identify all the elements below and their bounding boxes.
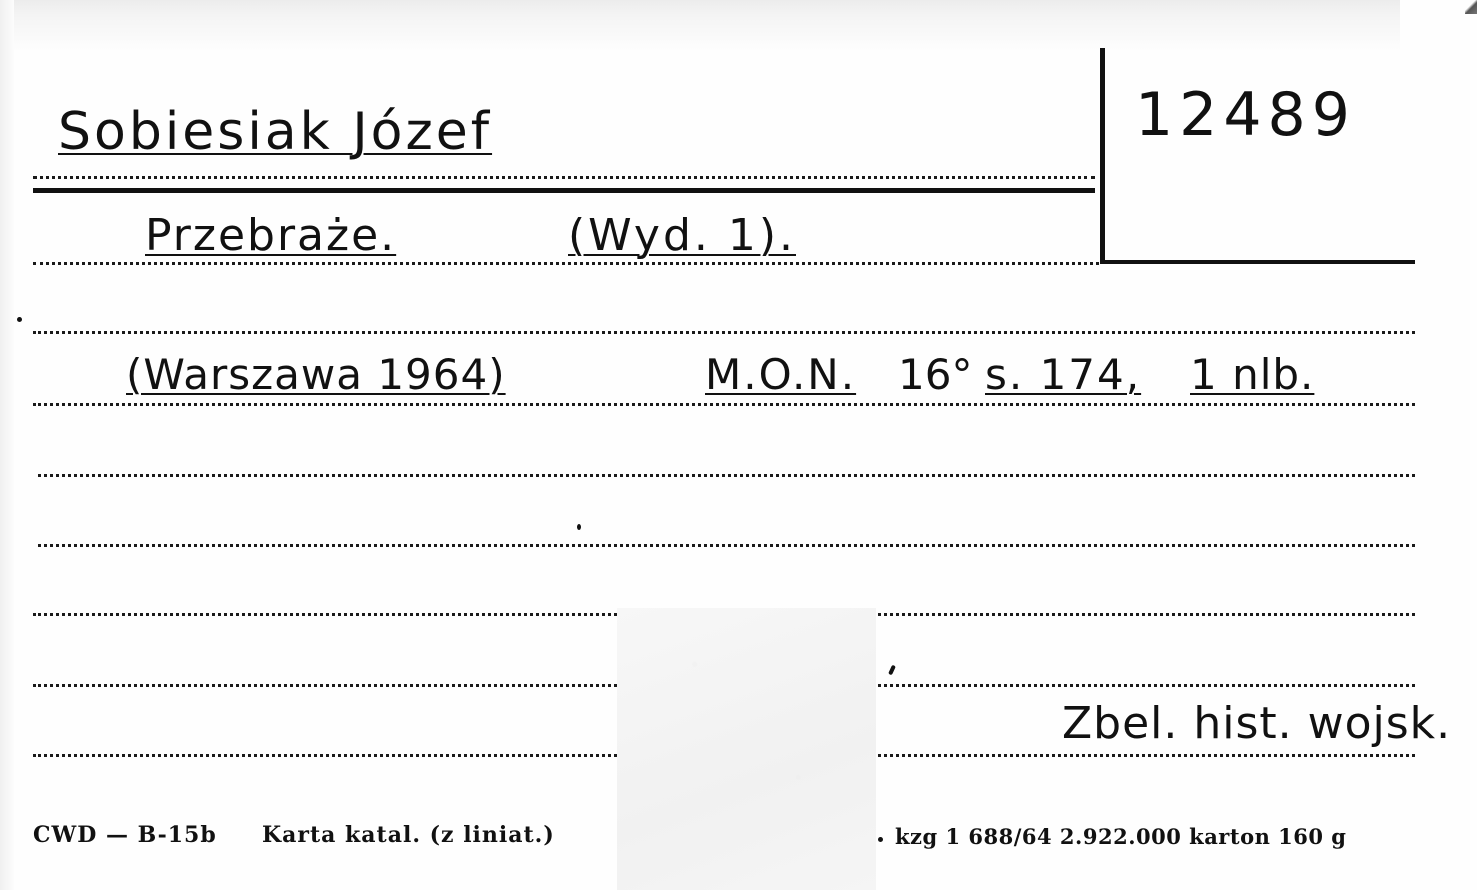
form-code: CWD — B-15b (33, 822, 217, 848)
scan-speck (888, 665, 896, 676)
imprint-place-year: (Warszawa 1964) (126, 350, 506, 399)
rule-line-6 (38, 544, 1415, 547)
rule-line-imprint (33, 403, 1415, 406)
author-name: Sobiesiak Józef (58, 102, 492, 162)
rule-line-5 (38, 474, 1415, 477)
imprint-pages: s. 174, (985, 350, 1141, 399)
print-info: kzg 1 688/64 2.922.000 karton 160 g (895, 824, 1347, 849)
title: Przebraże. (145, 210, 396, 261)
imprint-unnumbered-leaves: 1 nlb. (1190, 350, 1314, 399)
scan-speck (577, 524, 581, 530)
scan-speck (17, 317, 22, 322)
rule-callnumber-separator (1100, 260, 1415, 264)
footer-dot (878, 837, 883, 842)
scan-edge (0, 0, 14, 890)
redacted-patch (617, 608, 876, 890)
scan-shadow (0, 0, 1400, 50)
call-number: 12489 (1135, 80, 1356, 150)
rule-line-3 (33, 331, 1415, 334)
collection-note: Zbel. hist. wojsk. (1062, 698, 1451, 749)
catalog-card: Sobiesiak Józef 12489 Przebraże. (Wyd. 1… (0, 0, 1477, 890)
rule-line-author (33, 176, 1095, 179)
rule-line-title (33, 262, 1099, 265)
rule-heading-separator (33, 188, 1095, 193)
corner-fold (1465, 0, 1477, 14)
edition: (Wyd. 1). (568, 210, 796, 261)
callnumber-divider (1100, 48, 1105, 260)
form-label: Karta katal. (z liniat.) (262, 822, 555, 848)
imprint-publisher: M.O.N. (705, 350, 856, 399)
imprint-format: 16° (898, 350, 972, 399)
